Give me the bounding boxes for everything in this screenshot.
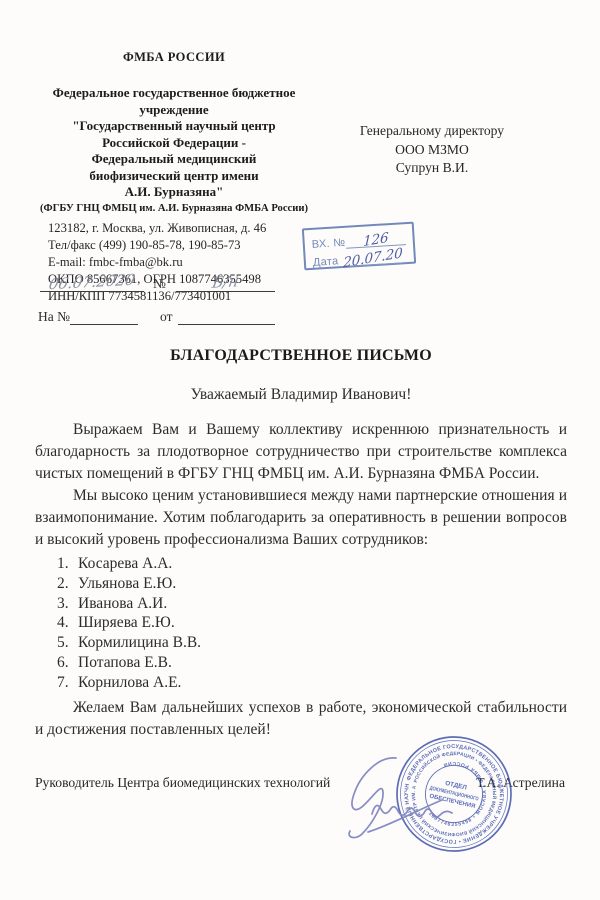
org-name-line: Федеральный медицинский — [28, 151, 320, 168]
list-item: 4.Ширяева Е.Ю. — [57, 613, 567, 633]
list-item-number: 5. — [57, 633, 78, 653]
postal-address: 123182, г. Москва, ул. Живописная, д. 46 — [48, 220, 320, 237]
list-item-number: 3. — [57, 594, 78, 614]
employee-name: Ширяева Е.Ю. — [78, 613, 175, 633]
org-name-line: биофизический центр имени — [28, 168, 320, 185]
handwritten-signature — [338, 748, 458, 848]
list-item: 5.Кормилицина В.В. — [57, 633, 567, 653]
incoming-registration-stamp: ВХ. № 126 Дата 20.07.20 — [302, 222, 416, 271]
org-name-line: учреждение — [28, 102, 320, 119]
list-item-number: 4. — [57, 613, 78, 633]
list-item: 2.Ульянова Е.Ю. — [57, 574, 567, 594]
phone-fax: Тел/факс (499) 190-85-78, 190-85-73 — [48, 237, 320, 254]
list-item: 1.Косарева А.А. — [57, 554, 567, 574]
employee-name: Ульянова Е.Ю. — [78, 574, 176, 594]
outgoing-reference-row: 06.07.2020 № Б/н — [40, 270, 275, 292]
scanned-letter-page: ФМБА РОССИИ Федеральное государственное … — [0, 0, 600, 900]
letterhead: ФМБА РОССИИ Федеральное государственное … — [28, 50, 320, 305]
reply-number-label: На № — [38, 309, 70, 325]
addressee-block: Генеральному директору ООО МЗМО Супрун В… — [342, 122, 522, 178]
org-name-line: Федеральное государственное бюджетное — [28, 85, 320, 102]
paragraph-partnership: Мы высоко ценим установившиеся между нам… — [35, 485, 567, 551]
list-item-number: 2. — [57, 574, 78, 594]
letter-title: БЛАГОДАРСТВЕННОЕ ПИСЬМО — [35, 347, 567, 365]
agency-name: ФМБА РОССИИ — [28, 50, 320, 65]
letter-body: БЛАГОДАРСТВЕННОЕ ПИСЬМО Уважаемый Владим… — [35, 347, 567, 741]
employee-name: Корнилова А.Е. — [78, 673, 181, 693]
reply-date-line — [178, 303, 275, 325]
outgoing-date-line: 06.07.2020 — [40, 270, 144, 292]
list-item-number: 1. — [57, 554, 78, 574]
employee-name: Кормилицина В.В. — [78, 633, 201, 653]
addressee-company: ООО МЗМО — [342, 141, 522, 160]
incoming-date-handwritten: 20.07.20 — [338, 244, 406, 272]
addressee-person: Супрун В.И. — [342, 159, 522, 178]
org-name-line: "Государственный научный центр — [28, 118, 320, 135]
org-abbreviation: (ФГБУ ГНЦ ФМБЦ им. А.И. Бурназяна ФМБА Р… — [28, 203, 320, 214]
signer-position: Руководитель Центра биомедицинских техно… — [35, 775, 330, 791]
reply-from-label: от — [160, 309, 172, 325]
addressee-position: Генеральному директору — [342, 122, 522, 141]
salutation: Уважаемый Владимир Иванович! — [35, 386, 567, 404]
list-item: 6.Потапова Е.В. — [57, 653, 567, 673]
list-item: 7.Корнилова А.Е. — [57, 673, 567, 693]
incoming-date-line: 20.07.20 — [338, 244, 407, 267]
outgoing-number-line: Б/н — [176, 270, 275, 292]
employee-name: Косарева А.А. — [78, 554, 172, 574]
employee-list: 1.Косарева А.А. 2.Ульянова Е.Ю. 3.Иванов… — [57, 554, 567, 693]
employee-name: Иванова А.И. — [78, 594, 167, 614]
paragraph-gratitude: Выражаем Вам и Вашему коллективу искренн… — [35, 419, 567, 485]
email: E-mail: fmbc-fmba@bk.ru — [48, 254, 320, 271]
number-sign: № — [153, 276, 166, 292]
reply-reference-row: На № от — [38, 303, 275, 325]
list-item-number: 7. — [57, 673, 78, 693]
employee-name: Потапова Е.В. — [78, 653, 172, 673]
incoming-date-label: Дата — [313, 255, 339, 269]
org-name-line: Российской Федерации - — [28, 135, 320, 152]
outgoing-number-handwritten: Б/н — [174, 270, 276, 293]
org-name-line: А.И. Бурназяна" — [28, 184, 320, 201]
list-item: 3.Иванова А.И. — [57, 594, 567, 614]
reply-number-line — [70, 303, 138, 325]
outgoing-date-handwritten: 06.07.2020 — [38, 270, 145, 294]
list-item-number: 6. — [57, 653, 78, 673]
